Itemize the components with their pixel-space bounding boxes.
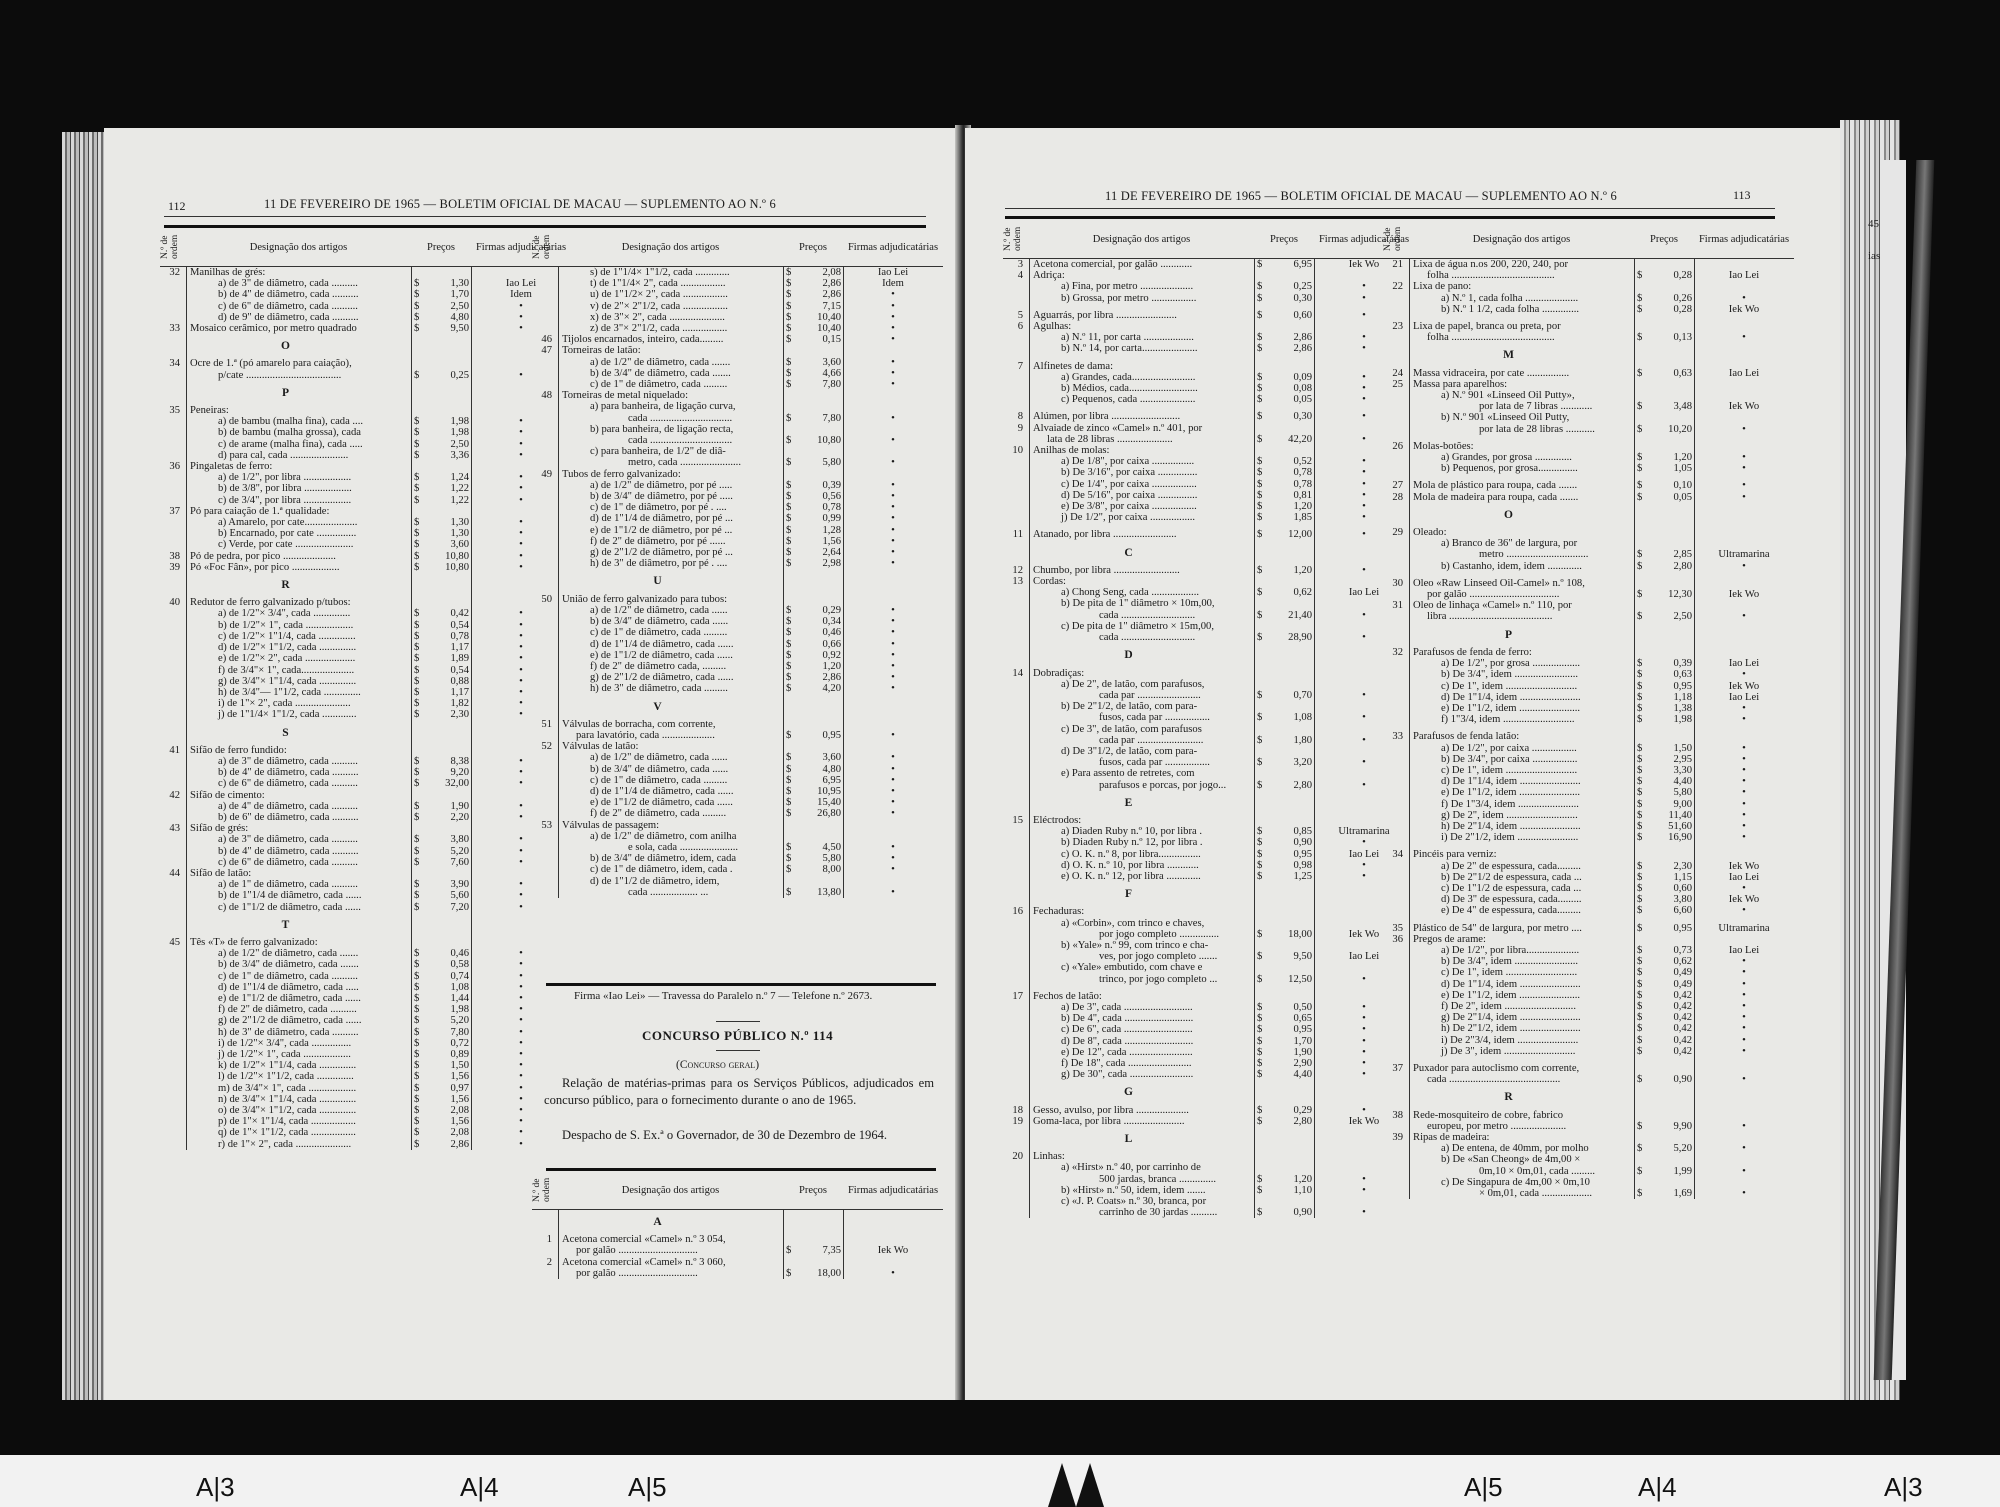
item-number: 11: [1003, 529, 1029, 540]
currency-symbol: $: [411, 289, 425, 300]
table-row: e) de 1"1/2 de diâmetro, cada ......$0,9…: [532, 650, 943, 661]
table-row: e) De 1"1/2, idem ......................…: [1383, 787, 1794, 798]
column-rule: [1254, 259, 1255, 1218]
table-row: libra ..................................…: [1383, 611, 1794, 622]
table-row: g) de 2"1/2 de diâmetro, cada ......$2,8…: [532, 672, 943, 683]
item-number: 39: [1383, 1132, 1409, 1143]
currency-symbol: $: [411, 278, 425, 289]
item-description: i) de 1/2"× 3/4", cada ...............: [186, 1038, 411, 1049]
item-description: Anilhas de molas:: [1029, 445, 1254, 456]
item-description: fusos, cada par .................: [1029, 757, 1254, 768]
table-row: b) Pequenos, por grosa...............$1,…: [1383, 463, 1794, 474]
currency-symbol: $: [1254, 383, 1268, 394]
item-price: 1,30: [425, 517, 471, 528]
item-price: 2,08: [797, 267, 843, 278]
item-price: 0,25: [425, 370, 471, 381]
table-row: 43Sifão de grés:: [160, 823, 571, 834]
item-price: 4,50: [797, 842, 843, 853]
table-row: c) De 1/4", por caixa .................$…: [1003, 479, 1414, 490]
item-price: 0,95: [1648, 681, 1694, 692]
item-description: b) de 4" de diâmetro, cada ..........: [186, 846, 411, 857]
table-row: e) de 1"1/2 de diâmetro, por pé ...$1,28…: [532, 525, 943, 536]
table-row: h) de 3/4"— 1"1/2, cada ..............$1…: [160, 687, 571, 698]
item-price: 5,80: [797, 853, 843, 864]
currency-symbol: $: [783, 267, 797, 278]
currency-symbol: $: [783, 502, 797, 513]
item-description: 0m,10 × 0m,01, cada .........: [1409, 1166, 1634, 1177]
section-letter: M: [1383, 343, 1634, 367]
table-row: d) O. K. n.º 10, por libra ............$…: [1003, 860, 1414, 871]
table-row: a) «Corbin», com trinco e chaves,: [1003, 918, 1414, 929]
table-row: g) de 2"1/2 de diâmetro, cada ......$5,2…: [160, 1015, 571, 1026]
item-description: por lata de 28 libras ...........: [1409, 424, 1634, 435]
item-number: 37: [160, 506, 186, 517]
item-description: d) de 1"1/4 de diâmetro, por pé ...: [558, 513, 783, 524]
item-price: 4,20: [797, 683, 843, 694]
currency-symbol: $: [411, 439, 425, 450]
currency-symbol: $: [411, 562, 425, 573]
item-description: h) De 2"1/4, idem ......................…: [1409, 821, 1634, 832]
item-description: c) para banheira, de 1/2" de diâ-: [558, 446, 783, 457]
film-marker: A|5: [628, 1472, 667, 1503]
item-description: a) de 4" de diâmetro, cada ..........: [186, 801, 411, 812]
awarded-firm: Iek Wo: [1694, 894, 1794, 905]
table-row: a) Fina, por metro ....................$…: [1003, 281, 1414, 292]
currency-symbol: $: [1254, 259, 1268, 270]
item-description: b) De 3/16", por caixa ...............: [1029, 467, 1254, 478]
section-letter: C: [1003, 541, 1254, 565]
awarded-firm: •: [1314, 1207, 1414, 1218]
table-body: A1Acetona comercial «Camel» n.º 3 054,po…: [532, 1210, 943, 1279]
item-description: Adriça:: [1029, 270, 1254, 281]
currency-symbol: $: [1254, 479, 1268, 490]
item-description: Lixa de pano:: [1409, 281, 1634, 292]
awarded-firm: •: [471, 902, 571, 913]
item-description: e) de 1/2"× 2", cada ...................: [186, 653, 411, 664]
awarded-firm: •: [1694, 967, 1794, 978]
item-description: a) Diaden Ruby n.º 10, por libra .: [1029, 826, 1254, 837]
table-row: 21Lixa de água n.os 200, 220, 240, por: [1383, 259, 1794, 270]
item-number: 34: [1383, 849, 1409, 860]
table-row: g) de 3/4"× 1"1/4, cada ..............$0…: [160, 676, 571, 687]
item-description: a) Grandes, cada........................: [1029, 372, 1254, 383]
awarded-firm: •: [843, 289, 943, 300]
item-description: b) Médios, cada.........................…: [1029, 383, 1254, 394]
currency-symbol: $: [411, 959, 425, 970]
item-description: por galão ..............................: [558, 1245, 783, 1256]
table-body: s) de 1"1/4× 1"1/2, cada .............$2…: [532, 267, 943, 898]
item-description: k) de 1/2"× 1"1/4, cada ..............: [186, 1060, 411, 1071]
item-price: 0,26: [1648, 293, 1694, 304]
currency-symbol: $: [1634, 1143, 1648, 1154]
item-price: 0,98: [1268, 860, 1314, 871]
item-price: 0,58: [425, 959, 471, 970]
price-table-right-col2: N.º de ordem Designação dos artigos Preç…: [1383, 220, 1794, 1199]
item-number: 27: [1383, 480, 1409, 491]
item-description: a) De entena, de 40mm, por molho: [1409, 1143, 1634, 1154]
currency-symbol: $: [1634, 894, 1648, 905]
currency-symbol: $: [783, 605, 797, 616]
table-body: 21Lixa de água n.os 200, 220, 240, porfo…: [1383, 259, 1794, 1199]
awarded-firm: •: [843, 312, 943, 323]
currency-symbol: $: [783, 289, 797, 300]
currency-symbol: $: [1254, 1185, 1268, 1196]
currency-symbol: $: [1634, 1166, 1648, 1177]
table-row: c) de 6" de diâmetro, cada ..........$7,…: [160, 857, 571, 868]
section-letter: A: [532, 1210, 783, 1234]
item-price: 10,40: [797, 312, 843, 323]
currency-symbol: $: [1634, 990, 1648, 1001]
item-description: Agulhas:: [1029, 321, 1254, 332]
table-row: 1Acetona comercial «Camel» n.º 3 054,: [532, 1234, 943, 1245]
table-row: b) Encarnado, por cate ...............$1…: [160, 528, 571, 539]
item-description: Fechos de latão:: [1029, 991, 1254, 1002]
table-row: ves, por jogo completo .......$9,50Iao L…: [1003, 951, 1414, 962]
table-row: folha ..................................…: [1383, 332, 1794, 343]
item-price: 0,42: [1648, 1001, 1694, 1012]
section-letter: E: [1003, 791, 1254, 815]
currency-symbol: $: [411, 312, 425, 323]
item-price: 1,08: [425, 982, 471, 993]
item-description: por jogo completo ...............: [1029, 929, 1254, 940]
table-row: 27Mola de plástico para roupa, cada ....…: [1383, 480, 1794, 491]
awarded-firm: •: [843, 457, 943, 468]
item-description: c) De 1", idem .........................…: [1409, 681, 1634, 692]
item-price: 1,20: [1648, 452, 1694, 463]
table-row: c) Pequenos, cada .....................$…: [1003, 394, 1414, 405]
item-number: 24: [1383, 368, 1409, 379]
item-number: 38: [1383, 1110, 1409, 1121]
item-number: 45: [160, 937, 186, 948]
awarded-firm: •: [843, 661, 943, 672]
currency-symbol: $: [783, 1245, 797, 1256]
item-description: e) De 3/8", por caixa .................: [1029, 501, 1254, 512]
item-description: b) De 3/4", idem .......................…: [1409, 956, 1634, 967]
table-row: 44Sifão de latão:: [160, 868, 571, 879]
currency-symbol: $: [411, 1038, 425, 1049]
table-bottom-rule: [546, 983, 936, 986]
currency-symbol: $: [1254, 411, 1268, 422]
item-description: e) De 1"1/2, idem ......................…: [1409, 990, 1634, 1001]
section-letter: V: [532, 695, 783, 719]
currency-symbol: $: [1634, 549, 1648, 560]
currency-symbol: $: [411, 778, 425, 789]
awarded-firm: •: [843, 379, 943, 390]
item-price: 1,18: [1648, 692, 1694, 703]
item-description: cada ............................: [1029, 610, 1254, 621]
table-row: j) De 3", idem .........................…: [1383, 1046, 1794, 1057]
table-row: l) de 1/2"× 1"1/2, cada ..............$1…: [160, 1071, 571, 1082]
awarded-firm: •: [843, 605, 943, 616]
currency-symbol: $: [411, 687, 425, 698]
table-row: 42Sifão de cimento:: [160, 790, 571, 801]
item-description: b) Diaden Ruby n.º 12, por libra .: [1029, 837, 1254, 848]
item-description: cada ...............................: [558, 435, 783, 446]
item-description: a) N.º 11, por carta ...................: [1029, 332, 1254, 343]
item-description: c) De 6", cada .........................…: [1029, 1024, 1254, 1035]
item-description: e) de 1"1/2 de diâmetro, cada ......: [558, 650, 783, 661]
divider: [1005, 208, 1775, 209]
item-description: Torneiras de metal niquelado:: [558, 390, 783, 401]
item-price: 0,25: [1268, 281, 1314, 292]
item-number: 29: [1383, 527, 1409, 538]
currency-symbol: $: [411, 1071, 425, 1082]
awarded-firm: •: [1694, 1012, 1794, 1023]
item-price: 1,30: [425, 528, 471, 539]
item-price: 10,80: [797, 435, 843, 446]
item-description: j) de 1"1/4× 1"1/2, cada .............: [186, 709, 411, 720]
table-row: a) De 1/2", por caixa .................$…: [1383, 743, 1794, 754]
awarded-firm: •: [843, 334, 943, 345]
item-description: h) de 3" de diâmetro, por pé . ....: [558, 558, 783, 569]
item-price: 0,90: [1268, 837, 1314, 848]
table-row: 15Eléctrodos:: [1003, 815, 1414, 826]
table-row: b) N.º 1 1/2, cada folha ..............$…: [1383, 304, 1794, 315]
currency-symbol: $: [1634, 692, 1648, 703]
item-description: trinco, por jogo completo ...: [1029, 974, 1254, 985]
item-description: Linhas:: [1029, 1151, 1254, 1162]
table-row: p/cate .................................…: [160, 370, 571, 381]
currency-symbol: $: [411, 517, 425, 528]
table-row: 12Chumbo, por libra ....................…: [1003, 565, 1414, 576]
table-row: 31Óleo de linhaça «Camel» n.º 110, por: [1383, 600, 1794, 611]
table-row: x) de 3"× 2", cada .....................…: [532, 312, 943, 323]
table-row: g) De 2", idem .........................…: [1383, 810, 1794, 821]
currency-symbol: $: [1634, 956, 1648, 967]
table-row: b) N.º 901 «Linseed Oil Putty,: [1383, 412, 1794, 423]
currency-symbol: $: [1254, 332, 1268, 343]
table-row: 26Molas-botões:: [1383, 441, 1794, 452]
item-number: 13: [1003, 576, 1029, 587]
table-header: N.º de ordem Designação dos artigos Preç…: [160, 228, 571, 267]
column-rule: [471, 267, 472, 1150]
currency-symbol: $: [783, 853, 797, 864]
table-row: a) Diaden Ruby n.º 10, por libra .$0,85U…: [1003, 826, 1414, 837]
item-number: 43: [160, 823, 186, 834]
item-price: 2,20: [425, 812, 471, 823]
table-row: z) de 3"× 2"1/2, cada .................$…: [532, 323, 943, 334]
item-description: Óleo «Raw Linseed Oil-Camel» n.º 108,: [1409, 578, 1634, 589]
header-price: Preços: [411, 242, 471, 253]
item-description: f) de 2" de diâmetro, por pé ......: [558, 536, 783, 547]
table-row: d) De 8", cada .........................…: [1003, 1036, 1414, 1047]
item-description: j) De 3", idem .........................…: [1409, 1046, 1634, 1057]
item-number: 19: [1003, 1116, 1029, 1127]
table-row: a) De 2" de espessura, cada.........$2,3…: [1383, 861, 1794, 872]
table-row: 35Peneiras:: [160, 405, 571, 416]
item-description: a) Branco de 36" de largura, por: [1409, 538, 1634, 549]
table-row: b) de 4" de diâmetro, cada ..........$9,…: [160, 767, 571, 778]
item-description: j) De 1/2", por caixa .................: [1029, 512, 1254, 523]
item-number: 37: [1383, 1063, 1409, 1074]
currency-symbol: $: [411, 982, 425, 993]
currency-symbol: $: [1254, 310, 1268, 321]
item-price: 26,80: [797, 808, 843, 819]
item-price: 1,10: [1268, 1185, 1314, 1196]
item-description: c) De 3", de latão, com parafusos: [1029, 724, 1254, 735]
item-number: 3: [1003, 259, 1029, 270]
item-price: 2,86: [1268, 332, 1314, 343]
table-row: a) De 3", cada .........................…: [1003, 1002, 1414, 1013]
table-row: × 0m,01, cada ...................$1,69•: [1383, 1188, 1794, 1199]
running-head: 11 DE FEVEREIRO DE 1965 — BOLETIM OFICIA…: [1105, 189, 1617, 204]
item-price: 7,60: [425, 857, 471, 868]
table-row: 16Fechaduras:: [1003, 906, 1414, 917]
awarded-firm: •: [843, 536, 943, 547]
item-description: f) De 1"3/4, idem ......................…: [1409, 799, 1634, 810]
item-number: 31: [1383, 600, 1409, 611]
currency-symbol: $: [1634, 799, 1648, 810]
item-price: 9,20: [425, 767, 471, 778]
table-row: 9Alvaiade de zinco «Camel» n.º 401, por: [1003, 423, 1414, 434]
table-row: b) de 6" de diâmetro, cada ..........$2,…: [160, 812, 571, 823]
currency-symbol: $: [1634, 368, 1648, 379]
currency-symbol: $: [783, 616, 797, 627]
section-subtitle: (Concurso geral): [676, 1059, 759, 1071]
item-number: 22: [1383, 281, 1409, 292]
item-description: e sola, cada ......................: [558, 842, 783, 853]
awarded-firm: Iao Lei: [1694, 270, 1794, 281]
item-description: Pó para caiação de 1.ª qualidade:: [186, 506, 411, 517]
item-description: Eléctrodos:: [1029, 815, 1254, 826]
item-description: g) de 3/4"× 1"1/4, cada ..............: [186, 676, 411, 687]
item-description: libra ..................................…: [1409, 611, 1634, 622]
item-description: c) De 1/4", por caixa .................: [1029, 479, 1254, 490]
table-row: d) De 1"1/4, idem ......................…: [1383, 692, 1794, 703]
currency-symbol: $: [411, 1049, 425, 1060]
table-row: 28Mola de madeira para roupa, cada .....…: [1383, 492, 1794, 503]
currency-symbol: $: [783, 797, 797, 808]
awarded-firm: •: [1694, 810, 1794, 821]
currency-symbol: $: [411, 801, 425, 812]
item-description: a) N.º 1, cada folha ...................…: [1409, 293, 1634, 304]
item-number: 25: [1383, 379, 1409, 390]
currency-symbol: $: [1254, 632, 1268, 643]
currency-symbol: $: [783, 842, 797, 853]
currency-symbol: $: [1634, 1188, 1648, 1199]
item-price: 1,22: [425, 483, 471, 494]
item-description: b) N.º 1 1/2, cada folha ..............: [1409, 304, 1634, 315]
table-row: a) de 1" de diâmetro, cada ..........$3,…: [160, 879, 571, 890]
header-num: N.º de ordem: [532, 1173, 558, 1207]
currency-symbol: $: [783, 301, 797, 312]
awarded-firm: •: [843, 842, 943, 853]
currency-symbol: $: [411, 642, 425, 653]
item-description: Tijolos encarnados, inteiro, cada.......…: [558, 334, 783, 345]
currency-symbol: $: [1254, 690, 1268, 701]
section-letter: L: [1003, 1127, 1254, 1151]
item-number: 35: [1383, 923, 1409, 934]
table-row: c) de 6" de diâmetro, cada ..........$32…: [160, 778, 571, 789]
item-description: a) de 3" de diâmetro, cada ..........: [186, 834, 411, 845]
item-price: 2,86: [797, 289, 843, 300]
item-price: 2,86: [1268, 343, 1314, 354]
item-description: d) O. K. n.º 10, por libra ............: [1029, 860, 1254, 871]
currency-symbol: $: [1254, 1002, 1268, 1013]
awarded-firm: Iao Lei: [1694, 368, 1794, 379]
table-header: N.º de ordem Designação dos artigos Preç…: [532, 1171, 943, 1210]
awarded-firm: •: [471, 1015, 571, 1026]
table-row: 23Lixa de papel, branca ou preta, por: [1383, 321, 1794, 332]
item-number: 48: [532, 390, 558, 401]
currency-symbol: $: [783, 513, 797, 524]
table-row: g) De 30", cada ........................…: [1003, 1069, 1414, 1080]
item-description: a) de 1/2" de diâmetro, com anilha: [558, 831, 783, 842]
item-description: por galão ..............................…: [1409, 589, 1634, 600]
item-description: b) de 3/4" de diâmetro, cada ......: [558, 616, 783, 627]
item-price: 0,13: [1648, 332, 1694, 343]
item-number: 44: [160, 868, 186, 879]
table-row: 14Dobradiças:: [1003, 668, 1414, 679]
item-description: Sifão de latão:: [186, 868, 411, 879]
table-row: c) De 3", de latão, com parafusos: [1003, 724, 1414, 735]
item-description: d) De 1"1/4, idem ......................…: [1409, 979, 1634, 990]
table-row: d) De 1"1/4, idem ......................…: [1383, 979, 1794, 990]
item-description: f) de 2" de diâmetro, cada ..........: [186, 1004, 411, 1015]
item-description: ves, por jogo completo .......: [1029, 951, 1254, 962]
awarded-firm: •: [843, 683, 943, 694]
table-row: b) de 1/2"× 1", cada ..................$…: [160, 620, 571, 631]
book-page-edges-left: [62, 132, 106, 1402]
table-row: a) de 1/2"× 3/4", cada ..............$0,…: [160, 608, 571, 619]
item-number: 1: [532, 1234, 558, 1245]
currency-symbol: $: [1634, 293, 1648, 304]
currency-symbol: $: [1254, 849, 1268, 860]
item-price: 6,60: [1648, 905, 1694, 916]
table-row: 3Acetona comercial, por galão ..........…: [1003, 259, 1414, 270]
awarded-firm: •: [1694, 703, 1794, 714]
table-row: s) de 1"1/4× 1"1/2, cada .............$2…: [532, 267, 943, 278]
item-description: b) Grossa, por metro .................: [1029, 293, 1254, 304]
item-description: g) de 2"1/2 de diâmetro, cada ......: [186, 1015, 411, 1026]
table-body: 32Manilhas de grés:a) de 3" de diâmetro,…: [160, 267, 571, 1150]
currency-symbol: $: [783, 457, 797, 468]
table-row: c) «J. P. Coats» n.º 30, branca, por: [1003, 1196, 1414, 1207]
awarded-firm: •: [471, 971, 571, 982]
table-row: r) de 1"× 2", cada .....................…: [160, 1139, 571, 1150]
currency-symbol: $: [1634, 589, 1648, 600]
awarded-firm: •: [843, 786, 943, 797]
item-description: Lixa de papel, branca ou preta, por: [1409, 321, 1634, 332]
table-row: a) de 3" de diâmetro, cada ..........$8,…: [160, 756, 571, 767]
table-row: d) de 1/2"× 1"1/2, cada ..............$1…: [160, 642, 571, 653]
item-description: cada ...................................…: [1409, 1074, 1634, 1085]
table-row: c) de 1" de diâmetro, cada .........$0,4…: [532, 627, 943, 638]
item-description: metro, cada .......................: [558, 457, 783, 468]
item-description: Plástico de 54" de largura, por metro ..…: [1409, 923, 1634, 934]
table-row: a) De entena, de 40mm, por molho$5,20•: [1383, 1143, 1794, 1154]
item-description: a) para banheira, de ligação curva,: [558, 401, 783, 412]
currency-symbol: $: [1254, 871, 1268, 882]
column-rule: [186, 267, 187, 1150]
currency-symbol: $: [783, 764, 797, 775]
item-description: cada .................. ...: [558, 887, 783, 898]
item-price: 2,08: [425, 1105, 471, 1116]
item-number: 30: [1383, 578, 1409, 589]
table-row: por lata de 7 libras ............$3,48Ie…: [1383, 401, 1794, 412]
item-price: 0,66: [797, 639, 843, 650]
item-price: 2,86: [797, 672, 843, 683]
awarded-firm: Iek Wo: [843, 1245, 943, 1256]
item-price: 1,85: [1268, 512, 1314, 523]
item-description: e) De 12", cada ........................: [1029, 1047, 1254, 1058]
table-row: d) de 1"1/2 de diâmetro, idem,: [532, 876, 943, 887]
item-price: 10,80: [425, 551, 471, 562]
table-row: a) Grandes, cada........................…: [1003, 372, 1414, 383]
item-price: 0,78: [797, 502, 843, 513]
item-number: 7: [1003, 361, 1029, 372]
item-description: Molas-botões:: [1409, 441, 1634, 452]
